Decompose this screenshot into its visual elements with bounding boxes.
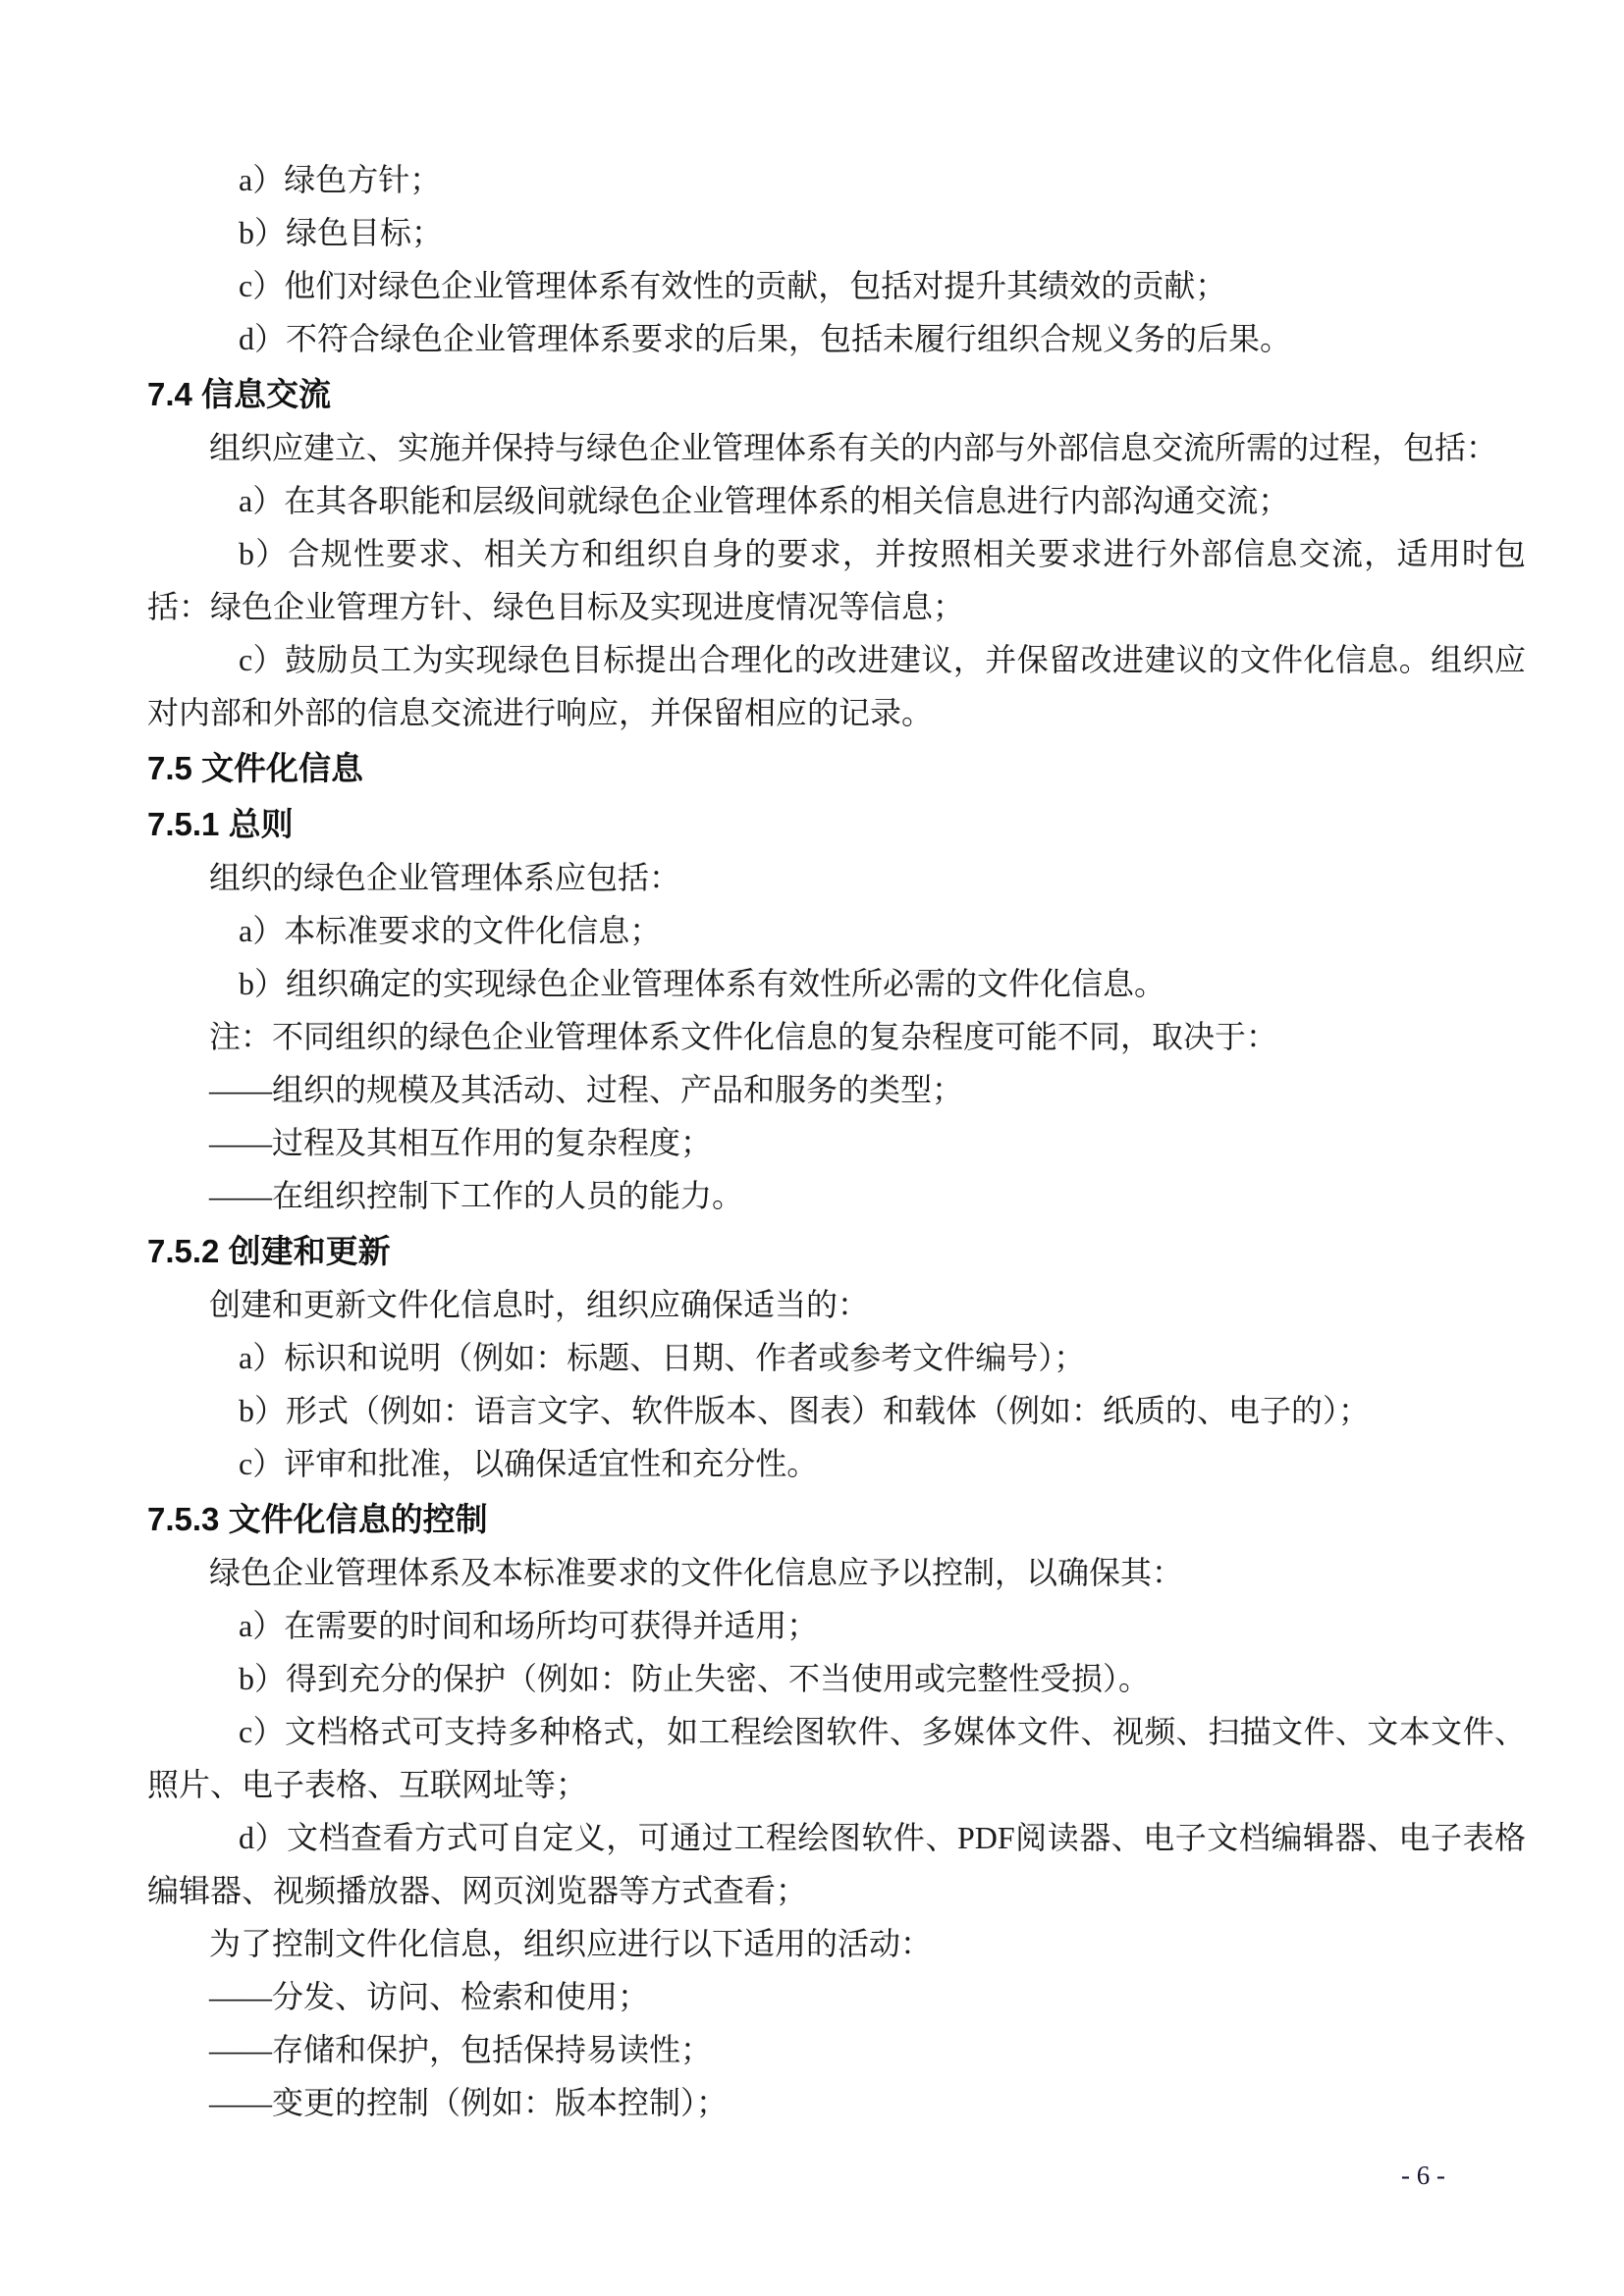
list-item-7-5-1-b: b）组织确定的实现绿色企业管理体系有效性所必需的文件化信息。 bbox=[147, 957, 1526, 1010]
note-paragraph: 注：不同组织的绿色企业管理体系文件化信息的复杂程度可能不同，取决于： bbox=[147, 1010, 1526, 1063]
list-item-7-4-b: b）合规性要求、相关方和组织自身的要求，并按照相关要求进行外部信息交流，适用时包… bbox=[147, 527, 1526, 633]
list-item-7-5-2-c: c）评审和批准，以确保适宜性和充分性。 bbox=[147, 1437, 1526, 1490]
dash-item-complexity: ——过程及其相互作用的复杂程度； bbox=[147, 1116, 1526, 1169]
dash-item-storage: ——存储和保护，包括保持易读性； bbox=[147, 2023, 1526, 2076]
dash-item-personnel: ——在组织控制下工作的人员的能力。 bbox=[147, 1169, 1526, 1222]
document-page: a）绿色方针； b）绿色目标； c）他们对绿色企业管理体系有效性的贡献，包括对提… bbox=[0, 0, 1624, 2296]
section-heading-7-5-2: 7.5.2 创建和更新 bbox=[147, 1225, 1526, 1278]
page-number: - 6 - bbox=[1401, 2161, 1445, 2190]
paragraph-control-activities: 为了控制文件化信息，组织应进行以下适用的活动： bbox=[147, 1917, 1526, 1970]
dash-item-scale: ——组织的规模及其活动、过程、产品和服务的类型； bbox=[147, 1063, 1526, 1116]
section-heading-7-5: 7.5 文件化信息 bbox=[147, 742, 1526, 795]
dash-item-change-control: ——变更的控制（例如：版本控制）； bbox=[147, 2076, 1526, 2129]
list-item-7-4-c: c）鼓励员工为实现绿色目标提出合理化的改进建议，并保留改进建议的文件化信息。组织… bbox=[147, 633, 1526, 739]
dash-item-distribution: ——分发、访问、检索和使用； bbox=[147, 1970, 1526, 2023]
list-item-7-5-2-a: a）标识和说明（例如：标题、日期、作者或参考文件编号）； bbox=[147, 1331, 1526, 1384]
paragraph-7-5-1-intro: 组织的绿色企业管理体系应包括： bbox=[147, 851, 1526, 904]
section-heading-7-5-1: 7.5.1 总则 bbox=[147, 798, 1526, 851]
section-heading-7-5-3: 7.5.3 文件化信息的控制 bbox=[147, 1493, 1526, 1546]
list-item-7-5-3-b: b）得到充分的保护（例如：防止失密、不当使用或完整性受损）。 bbox=[147, 1652, 1526, 1705]
paragraph-7-4-intro: 组织应建立、实施并保持与绿色企业管理体系有关的内部与外部信息交流所需的过程，包括… bbox=[147, 421, 1526, 474]
list-item-7-5-3-d: d）文档查看方式可自定义，可通过工程绘图软件、PDF阅读器、电子文档编辑器、电子… bbox=[147, 1811, 1526, 1917]
list-item-7-4-a: a）在其各职能和层级间就绿色企业管理体系的相关信息进行内部沟通交流； bbox=[147, 474, 1526, 527]
list-item-c-contribution: c）他们对绿色企业管理体系有效性的贡献，包括对提升其绩效的贡献； bbox=[147, 259, 1526, 312]
list-item-7-5-3-c: c）文档格式可支持多种格式，如工程绘图软件、多媒体文件、视频、扫描文件、文本文件… bbox=[147, 1705, 1526, 1811]
paragraph-7-5-2-intro: 创建和更新文件化信息时，组织应确保适当的： bbox=[147, 1278, 1526, 1331]
document-body: a）绿色方针； b）绿色目标； c）他们对绿色企业管理体系有效性的贡献，包括对提… bbox=[147, 153, 1526, 2129]
list-item-a-green-policy: a）绿色方针； bbox=[147, 153, 1526, 206]
list-item-b-green-goal: b）绿色目标； bbox=[147, 206, 1526, 259]
list-item-7-5-1-a: a）本标准要求的文件化信息； bbox=[147, 904, 1526, 957]
paragraph-7-5-3-intro: 绿色企业管理体系及本标准要求的文件化信息应予以控制，以确保其： bbox=[147, 1546, 1526, 1599]
list-item-7-5-3-a: a）在需要的时间和场所均可获得并适用； bbox=[147, 1599, 1526, 1652]
page-footer: - 6 - bbox=[1401, 2156, 1445, 2195]
section-heading-7-4: 7.4 信息交流 bbox=[147, 368, 1526, 421]
list-item-d-consequence: d）不符合绿色企业管理体系要求的后果，包括未履行组织合规义务的后果。 bbox=[147, 312, 1526, 365]
list-item-7-5-2-b: b）形式（例如：语言文字、软件版本、图表）和载体（例如：纸质的、电子的）； bbox=[147, 1384, 1526, 1437]
